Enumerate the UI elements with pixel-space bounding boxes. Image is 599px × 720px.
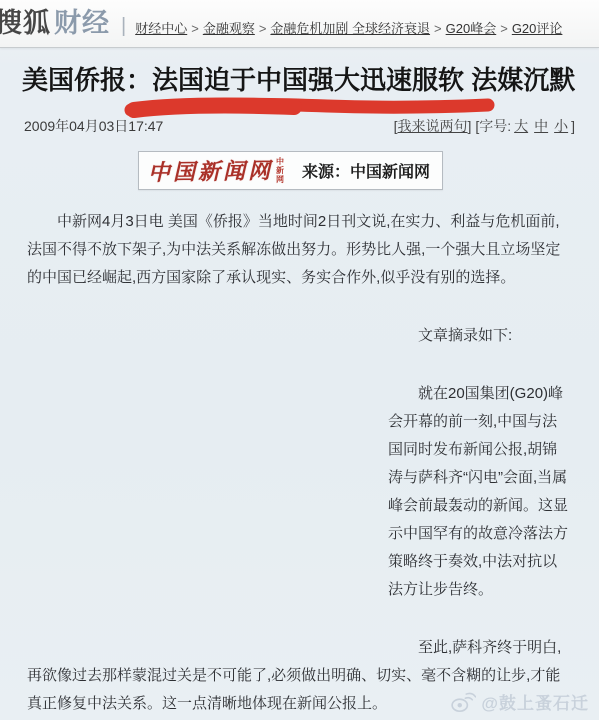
breadcrumb-separator: > [191, 21, 199, 36]
paragraph-excerpt-1: 就在20国集团(G20)峰会开幕的前一刻,中国与法国同时发布新闻公报,胡锦涛与萨… [388, 380, 572, 604]
logo-divider: | [121, 15, 126, 38]
breadcrumb-link-g20-comment[interactable]: G20评论 [512, 21, 563, 36]
weibo-icon [450, 690, 476, 713]
source-box: 中国新闻网 中新网 来源：中国新闻网 [138, 151, 443, 190]
paragraph-excerpt-heading: 文章摘录如下: [388, 322, 572, 350]
weibo-watermark: @鼓上蚤石迁 [450, 689, 589, 714]
paragraph-lead: 中新网4月3日电 美国《侨报》当地时间2日刊文说,在实力、利益与危机面前,法国不… [27, 208, 572, 292]
bracket: ] [468, 118, 472, 134]
fontsize-medium-link[interactable]: 中 [534, 118, 548, 134]
breadcrumb-link-finance-center[interactable]: 财经中心 [135, 21, 187, 36]
fontsize-label: [字号: [475, 118, 511, 134]
meta-row: 2009年04月03日17:47 [我来说两句] [字号:大中小] [24, 116, 575, 136]
chinanews-seal: 中新网 [276, 157, 287, 184]
comment-link[interactable]: 我来说两句 [398, 118, 468, 134]
meta-actions: [我来说两句] [字号:大中小] [394, 116, 575, 136]
breadcrumb-link-g20-summit[interactable]: G20峰会 [446, 21, 497, 36]
sohu-finance-logo[interactable]: 搜狐 财经 | [0, 1, 135, 40]
breadcrumb-separator: > [500, 21, 508, 36]
source-label: 来源：中国新闻网 [302, 159, 430, 182]
breadcrumb-separator: > [259, 21, 267, 36]
page: 搜狐 财经 | 财经中心>金融观察>金融危机加剧 全球经济衰退>G20峰会>G2… [0, 0, 599, 720]
fontsize-large-link[interactable]: 大 [514, 118, 528, 134]
bracket: ] [571, 118, 575, 134]
chinanews-logo: 中国新闻网 [148, 154, 274, 187]
publish-time: 2009年04月03日17:47 [24, 116, 163, 136]
logo-section: 财经 [54, 1, 110, 40]
breadcrumb-separator: > [434, 21, 442, 36]
red-marker-stroke [131, 104, 488, 110]
page-title: 美国侨报：法国迫于中国强大迅速服软 法媒沉默 [22, 61, 577, 99]
breadcrumb-link-crisis[interactable]: 金融危机加剧 全球经济衰退 [270, 21, 430, 36]
breadcrumb: 财经中心>金融观察>金融危机加剧 全球经济衰退>G20峰会>G20评论 [135, 18, 562, 40]
source-row: 中国新闻网 中新网 来源：中国新闻网 [138, 151, 599, 190]
site-header: 搜狐 财经 | 财经中心>金融观察>金融危机加剧 全球经济衰退>G20峰会>G2… [0, 0, 599, 48]
red-marker-stroke-thick [134, 105, 294, 110]
logo-brand[interactable]: 搜狐 [0, 1, 51, 40]
article-body: 中新网4月3日电 美国《侨报》当地时间2日刊文说,在实力、利益与危机面前,法国不… [27, 208, 572, 718]
watermark-text: @鼓上蚤石迁 [481, 689, 589, 714]
fontsize-small-link[interactable]: 小 [554, 118, 568, 134]
breadcrumb-link-finance-watch[interactable]: 金融观察 [203, 21, 255, 36]
